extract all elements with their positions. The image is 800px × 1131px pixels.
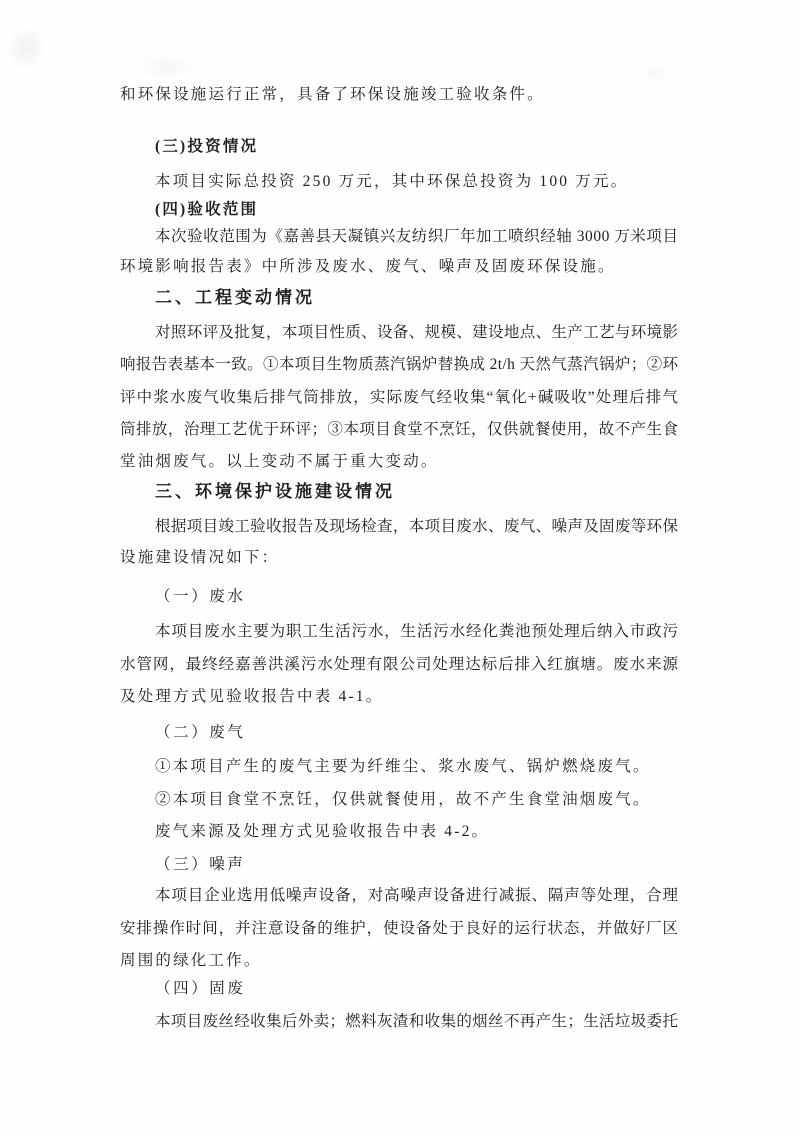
list-heading: （四）固废 (120, 972, 678, 1005)
text-line: ②本项目食堂不烹饪，仅供就餐使用，故不产生食堂油烟废气。 (120, 783, 678, 816)
list-heading: （一）废水 (120, 580, 678, 613)
list-heading: （三）噪声 (120, 848, 678, 881)
scan-smudge (6, 26, 46, 70)
list-heading: （二）废气 (120, 716, 678, 749)
text-line: 废气来源及处理方式见验收报告中表 4-2。 (120, 815, 678, 848)
text-line: 安排操作时间，并注意设备的维护，使设备处于良好的运行状态，并做好厂区 (120, 912, 678, 945)
scan-smudge (135, 55, 195, 79)
text-line: 本项目废丝经收集后外卖；燃料灰渣和收集的烟丝不再产生；生活垃圾委托 (120, 1005, 678, 1038)
text-line: 评中浆水废气收集后排气筒排放，实际废气经收集“氧化+碱吸收”处理后排气 (120, 381, 678, 414)
text-line: 对照环评及批复，本项目性质、设备、规模、建设地点、生产工艺与环境影 (120, 316, 678, 349)
text-line: 设施建设情况如下： (120, 541, 678, 574)
text-line: 根据项目竣工验收报告及现场检查，本项目废水、废气、噪声及固废等环保 (120, 510, 678, 543)
sub-section-heading: (三)投资情况 (120, 130, 678, 163)
text-line: 筒排放，治理工艺优于环评；③本项目食堂不烹饪，仅供就餐使用，故不产生食 (120, 413, 678, 446)
text-line: 响报告表基本一致。①本项目生物质蒸汽锅炉替换成 2t/h 天然气蒸汽锅炉；②环 (120, 348, 678, 381)
document-page: 和环保设施运行正常，具备了环保设施竣工验收条件。(三)投资情况本项目实际总投资 … (0, 0, 800, 1131)
text-line: 本项目企业选用低噪声设备，对高噪声设备进行减振、隔声等处理，合理 (120, 879, 678, 912)
text-block: 和环保设施运行正常，具备了环保设施竣工验收条件。(三)投资情况本项目实际总投资 … (120, 78, 678, 1038)
text-line: 及处理方式见验收报告中表 4-1。 (120, 680, 678, 713)
text-line: 堂油烟废气。以上变动不属于重大变动。 (120, 445, 678, 478)
section-heading: 三、环境保护设施建设情况 (120, 475, 678, 508)
text-line: 本项目废水主要为职工生活污水，生活污水经化粪池预处理后纳入市政污 (120, 615, 678, 648)
text-line: 环境影响报告表》中所涉及废水、废气、噪声及固废环保设施。 (120, 250, 678, 283)
text-line: ①本项目产生的废气主要为纤维尘、浆水废气、锅炉燃烧废气。 (120, 750, 678, 783)
text-line: 水管网，最终经嘉善洪溪污水处理有限公司处理达标后排入红旗塘。废水来源 (120, 648, 678, 681)
text-line: 本次验收范围为《嘉善县天凝镇兴友纺织厂年加工喷织经轴 3000 万米项目 (120, 220, 678, 253)
section-heading: 二、工程变动情况 (120, 281, 678, 314)
text-line: 和环保设施运行正常，具备了环保设施竣工验收条件。 (120, 78, 678, 111)
